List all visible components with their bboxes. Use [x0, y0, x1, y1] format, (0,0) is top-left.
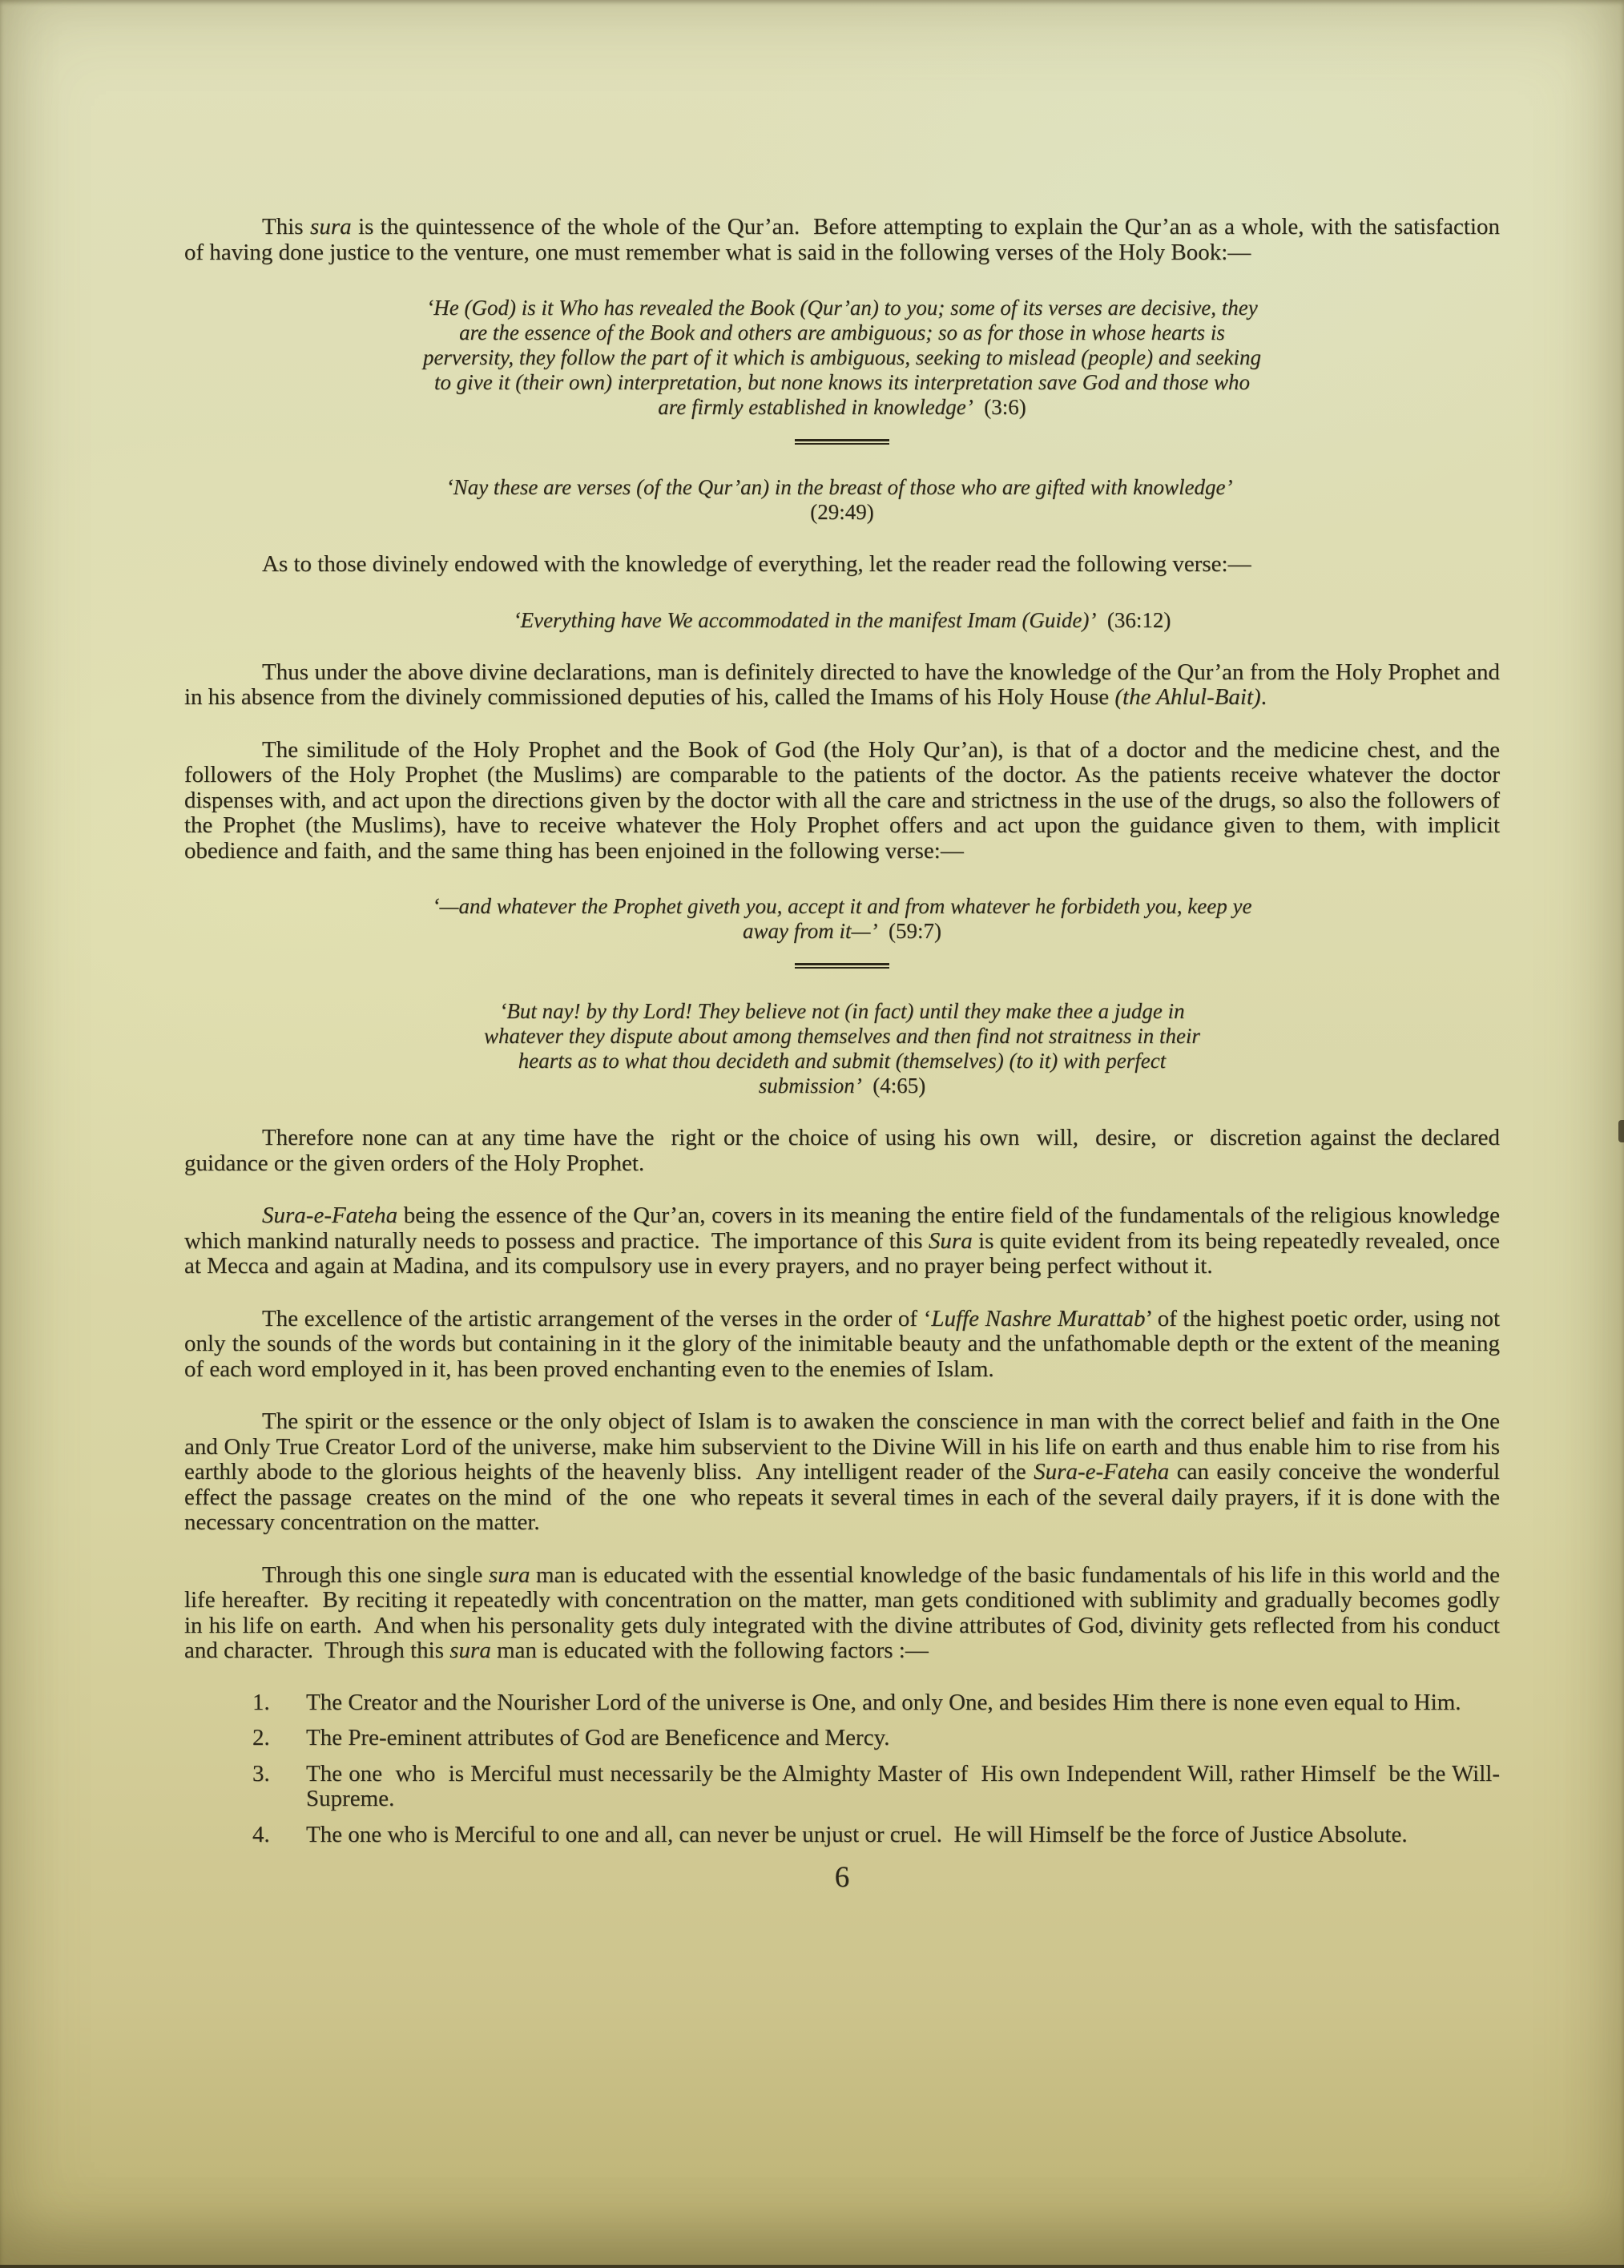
factor-text-2: The Pre-eminent attributes of God are Be…	[306, 1725, 889, 1750]
factor-number-4: 4.	[252, 1823, 270, 1848]
quote-36-12: ‘Everything have We accommodated in the …	[421, 608, 1263, 633]
factor-text-4: The one who is Merciful to one and all, …	[306, 1822, 1408, 1847]
paragraph-sura-e-fateha: Sura-e-Fateha being the essence of the Q…	[184, 1203, 1500, 1279]
page-number: 6	[184, 1862, 1500, 1894]
factor-number-1: 1.	[252, 1690, 270, 1716]
scanned-page: This sura is the quintessence of the who…	[0, 0, 1624, 2268]
quote-3-6: ‘He (God) is it Who has revealed the Boo…	[421, 296, 1263, 420]
factor-number-2: 2.	[252, 1726, 270, 1751]
quote-4-65: ‘But nay! by thy Lord! They believe not …	[461, 999, 1223, 1098]
paragraph-thus-under: Thus under the above divine declarations…	[184, 660, 1500, 711]
paragraph-spirit-of-islam: The spirit or the essence or the only ob…	[184, 1409, 1500, 1536]
quote-29-49: ‘Nay these are verses (of the Qur’an) in…	[421, 475, 1263, 525]
factors-list: 1. The Creator and the Nourisher Lord of…	[184, 1690, 1500, 1848]
paragraph-as-to-those: As to those divinely endowed with the kn…	[184, 552, 1500, 578]
paragraph-intro: This sura is the quintessence of the who…	[184, 215, 1500, 265]
factor-item-3: 3. The one who is Merciful must necessar…	[184, 1762, 1500, 1812]
section-divider-2	[795, 963, 889, 969]
paragraph-through-this-sura: Through this one single sura man is educ…	[184, 1563, 1500, 1664]
factor-text-3: The one who is Merciful must necessarily…	[306, 1761, 1500, 1812]
factor-text-1: The Creator and the Nourisher Lord of th…	[306, 1690, 1461, 1715]
factor-number-3: 3.	[252, 1762, 270, 1787]
quote-59-7: ‘—and whatever the Prophet giveth you, a…	[421, 894, 1263, 944]
factor-item-1: 1. The Creator and the Nourisher Lord of…	[184, 1690, 1500, 1716]
paragraph-excellence: The excellence of the artistic arrangeme…	[184, 1307, 1500, 1383]
scan-edge-artifact	[1618, 1120, 1624, 1142]
paragraph-similitude: The similitude of the Holy Prophet and t…	[184, 738, 1500, 864]
section-divider-1	[795, 439, 889, 445]
paragraph-therefore: Therefore none can at any time have the …	[184, 1126, 1500, 1176]
factor-item-2: 2. The Pre-eminent attributes of God are…	[184, 1726, 1500, 1751]
factor-item-4: 4. The one who is Merciful to one and al…	[184, 1823, 1500, 1848]
